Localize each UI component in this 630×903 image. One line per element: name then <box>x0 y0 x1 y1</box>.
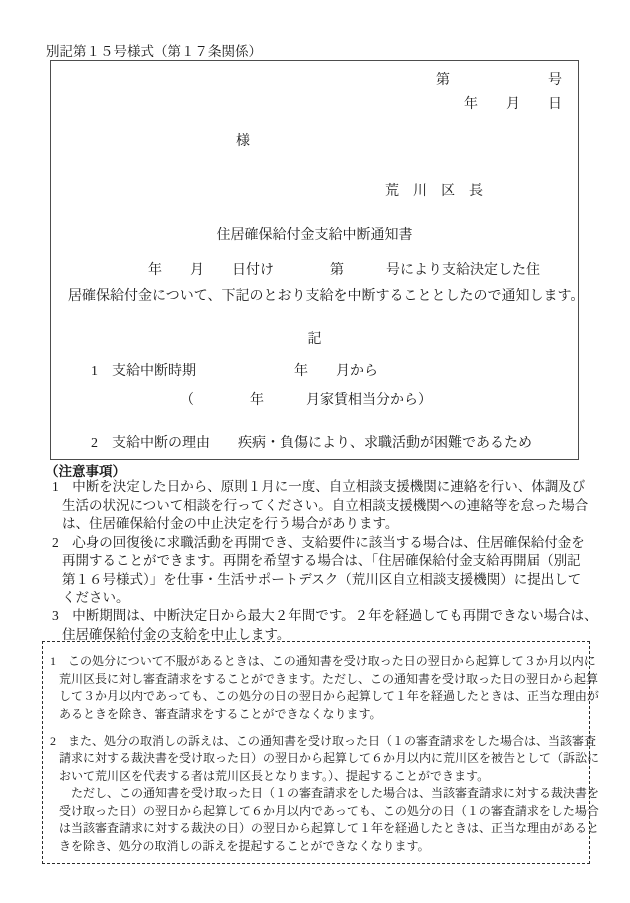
body-line-1: 年 月 日付け 第 号により支給決定した住 <box>148 263 540 279</box>
body-line-2: 居確保給付金について、下記のとおり支給を中断することとしたので通知します。 <box>68 289 584 305</box>
note-1-line-1: 1 中断を決定した日から、原則１月に一度、自立相談支援機関に連絡を行い、体調及び <box>52 479 585 494</box>
notice-title: 住居確保給付金支給中断通知書 <box>51 224 578 244</box>
record-mark: 記 <box>51 328 578 348</box>
appeal-1-line-2: 荒川区長に対し審査請求をすることができます。ただし、この通知書を受け取った日の翌… <box>59 672 598 686</box>
suspension-period-paren: （ 年 月家賃相当分から） <box>180 393 432 409</box>
document-page: 別記第１５号様式（第１７条関係） 第 号 年 月 日 様 荒 川 区 長 住居確… <box>0 0 630 903</box>
appeal-2-line-4: ただし、この通知書を受け取った日（１の審査請求をした場合は、当該審査請求に対する… <box>59 786 599 800</box>
addressee-line: 様 <box>236 134 250 150</box>
appeal-1-line-4: あるときを除き、審査請求をすることができなくなります。 <box>59 707 382 721</box>
appeal-2-line-5: 受け取った日）の翌日から起算して６か月以内であっても、この処分の日（１の審査請求… <box>59 804 599 818</box>
appeal-2-line-6: は当該審査請求に対する裁決の日）の翌日から起算して１年を経過したときは、正当な理… <box>59 821 599 835</box>
issuer-line: 荒 川 区 長 <box>385 184 483 200</box>
appeal-2-line-1: 2 また、処分の取消しの訴えは、この通知書を受け取った日（１の審査請求をした場合… <box>50 734 596 748</box>
suspension-reason-line: 2 支給中断の理由 疾病・負傷により、求職活動が困難であるため <box>91 436 532 452</box>
notice-box: 第 号 年 月 日 様 荒 川 区 長 住居確保給付金支給中断通知書 年 月 日… <box>50 60 579 460</box>
doc-number-line: 第 号 <box>436 69 562 89</box>
note-1-line-2: 生活の状況について相談を行ってください。自立相談支援機関への連絡等を怠った場合 <box>62 498 588 513</box>
note-3-line-2: 住居確保給付金の支給を中止します。 <box>62 627 290 642</box>
appeal-2-line-3: おいて荒川区を代表する者は荒川区長となります。）、提起することができます。 <box>59 769 489 783</box>
appeal-2-line-7: きを除き、処分の取消しの訴えを提起することができなくなります。 <box>59 839 430 853</box>
notes-heading: （注意事項） <box>45 460 126 480</box>
appeal-2-line-2: 請求に対する裁決書を受け取った日）の翌日から起算して６か月以内に荒川区を被告とし… <box>59 751 599 765</box>
note-2-line-3: 第１６号様式）」を仕事・生活サポートデスク（荒川区自立相談支援機関）に提出して <box>62 572 581 587</box>
issue-date-line: 年 月 日 <box>464 93 562 113</box>
note-3-line-1: 3 中断期間は、中断決定日から最大２年間です。２年を経過しても再開できない場合は… <box>52 608 598 623</box>
appeal-1-line-1: 1 この処分について不服があるときは、この通知書を受け取った日の翌日から起算して… <box>50 654 596 668</box>
note-2-line-4: ください。 <box>62 590 130 605</box>
appeal-rights-box: 1 この処分について不服があるときは、この通知書を受け取った日の翌日から起算して… <box>42 641 590 864</box>
note-2-line-2: 再開することができます。再開を希望する場合は、「住居確保給付金支給再開届（別記 <box>62 553 581 568</box>
note-1-line-3: は、住居確保給付金の中止決定を行う場合があります。 <box>62 516 398 531</box>
suspension-period-line: 1 支給中断時期 年 月から <box>91 364 378 380</box>
form-style-label: 別記第１５号様式（第１７条関係） <box>46 40 262 60</box>
note-2-line-1: 2 心身の回復後に求職活動を再開でき、支給要件に該当する場合は、住居確保給付金を <box>52 535 585 550</box>
appeal-1-line-3: して３か月以内であっても、この処分の日の翌日から起算して１年を経過したときは、正… <box>59 689 599 703</box>
